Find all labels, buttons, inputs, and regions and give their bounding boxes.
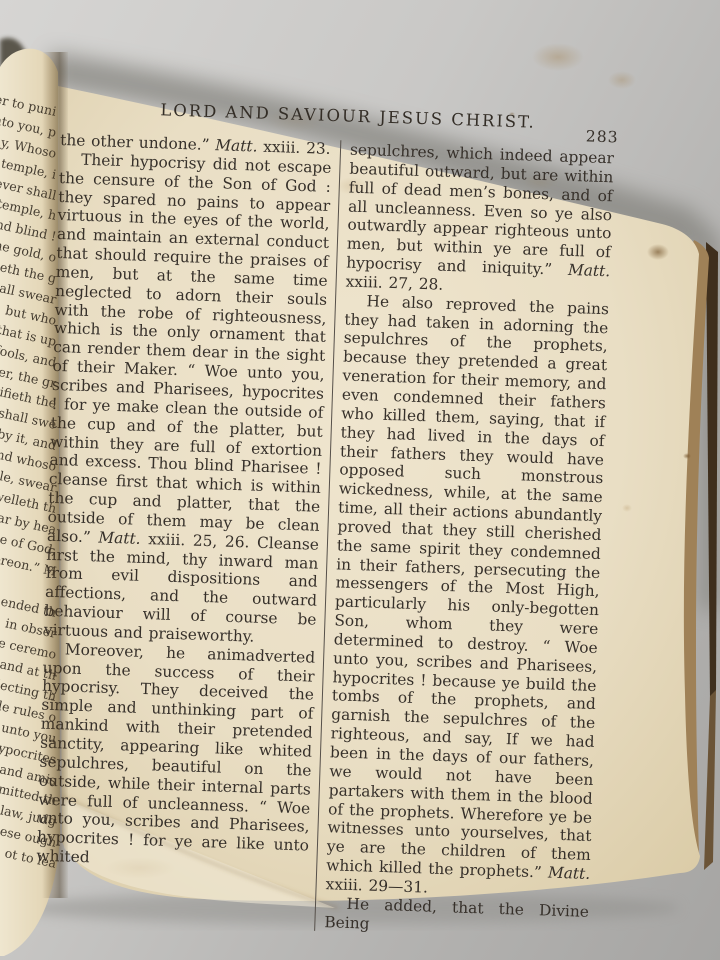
citation-text: Matt.: [548, 864, 591, 883]
stain: [608, 71, 636, 89]
citation-text: Matt.: [568, 261, 611, 280]
stain: [683, 453, 691, 459]
paragraph: Moreover, he animadverted upon the succe…: [36, 639, 315, 874]
citation-text: Matt.: [98, 528, 141, 547]
left-column: the other undone.” Matt. xxiii. 23.Their…: [34, 131, 340, 931]
right-column: sepulchres, which indeed appear beautifu…: [314, 140, 614, 940]
page-number: 283: [586, 127, 619, 146]
body-text: He also reproved the pains they had take…: [326, 292, 609, 882]
stain: [532, 43, 584, 71]
body-text: sepulchres, which indeed appear beautifu…: [346, 141, 614, 279]
body-text: xxiii. 25, 26. Cleanse first the mind, t…: [44, 530, 320, 646]
body-text: xxiii. 29—31.: [325, 875, 428, 896]
body-text: xxiii. 27, 28.: [345, 272, 443, 293]
stain: [622, 504, 632, 512]
page-content: LORD AND SAVIOUR JESUS CHRIST. 283 the o…: [34, 86, 635, 941]
book-photo: wer to puniunto you, psay, Whosothe temp…: [0, 0, 720, 960]
body-text: Their hypocrisy did not escape the censu…: [47, 151, 332, 547]
paragraph: Their hypocrisy did not escape the censu…: [44, 150, 332, 649]
citation-text: Matt.: [215, 136, 258, 155]
fore-edge-mid: [704, 690, 716, 870]
text-columns: the other undone.” Matt. xxiii. 23.Their…: [34, 131, 634, 941]
body-text: xxiii. 23.: [257, 138, 331, 158]
stain: [647, 244, 669, 260]
body-text: Moreover, he animadverted upon the succe…: [36, 640, 315, 866]
paragraph: He also reproved the pains they had take…: [325, 291, 609, 902]
paragraph: sepulchres, which indeed appear beautifu…: [345, 141, 614, 300]
page-title: LORD AND SAVIOUR JESUS CHRIST.: [61, 97, 635, 135]
